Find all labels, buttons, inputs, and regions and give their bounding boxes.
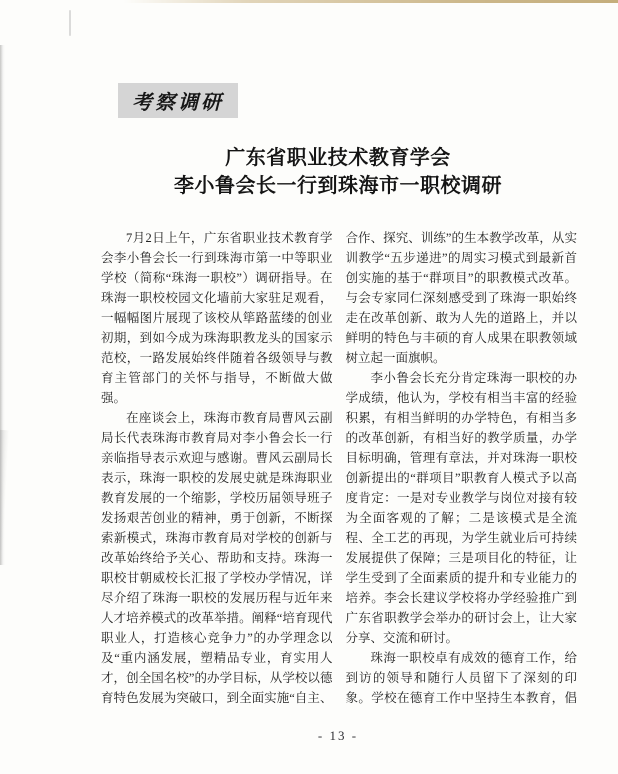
page-number: - 13 -: [100, 728, 576, 744]
scan-top-edge-artifact: [0, 0, 618, 3]
article-paragraph-1: 7月2日上午，广东省职业技术教育学会李小鲁会长一行到珠海市第一中等职业学校（简称…: [101, 228, 333, 408]
section-tag: 考察调研: [118, 83, 238, 118]
article-title-line-2: 李小鲁会长一行到珠海市一职校调研: [100, 172, 576, 200]
article-title: 广东省职业技术教育学会 李小鲁会长一行到珠海市一职校调研: [100, 144, 576, 200]
article-paragraph-3: 李小鲁会长充分肯定珠海一职校的办学成绩，他认为，学校有相当丰富的经验积累，有相当…: [346, 368, 578, 648]
article-title-line-1: 广东省职业技术教育学会: [100, 144, 576, 172]
scan-speck-artifact: [69, 10, 71, 36]
scanned-document-page: 考察调研 广东省职业技术教育学会 李小鲁会长一行到珠海市一职校调研 7月2日上午…: [0, 0, 618, 774]
section-tag-label: 考察调研: [132, 86, 224, 115]
article-body: 7月2日上午，广东省职业技术教育学会李小鲁会长一行到珠海市第一中等职业学校（简称…: [101, 228, 577, 714]
